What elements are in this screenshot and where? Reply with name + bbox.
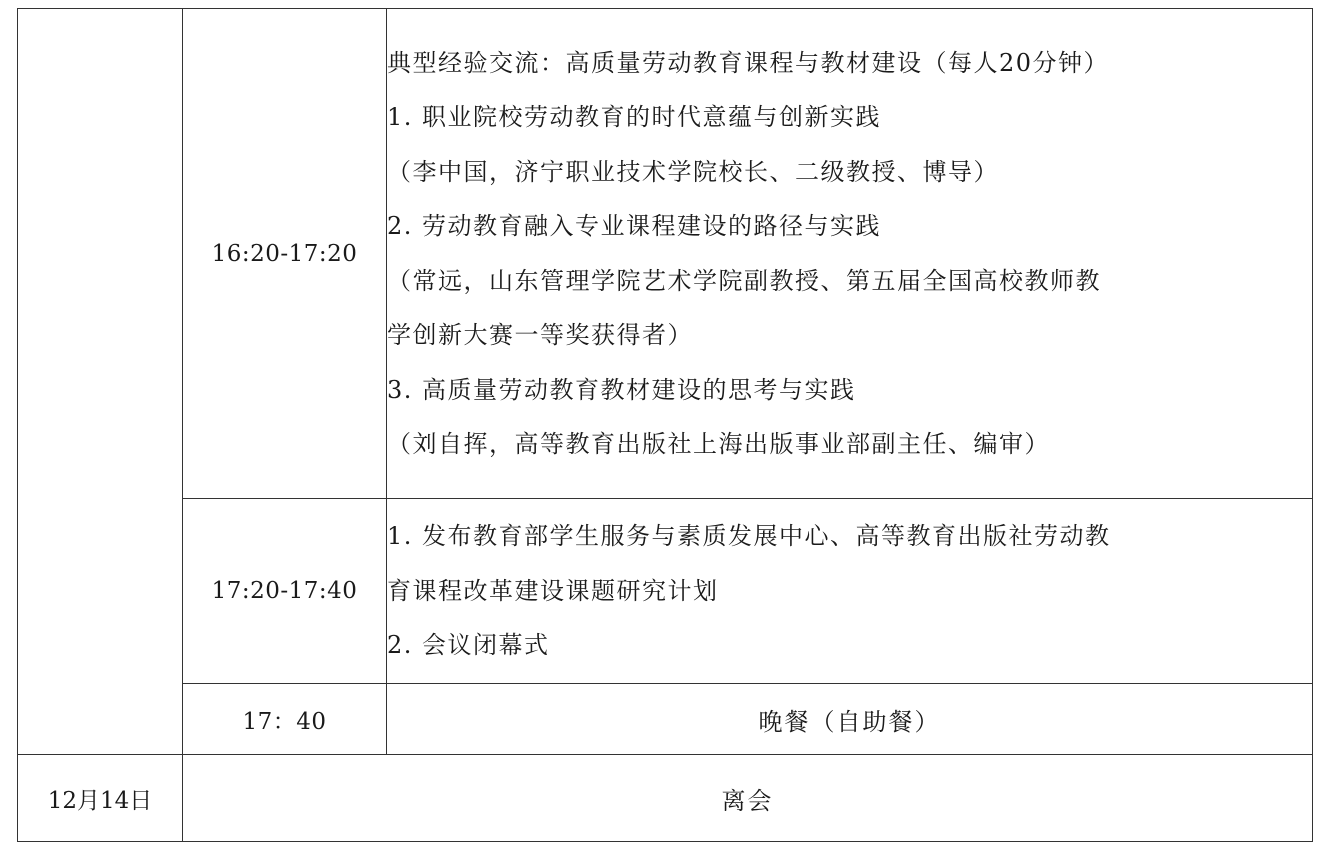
date-cell — [18, 9, 183, 755]
time-cell: 17:20-17:40 — [183, 499, 387, 684]
date-cell: 12月14日 — [18, 755, 183, 842]
speaker-info: （刘自挥，高等教育出版社上海出版事业部副主任、编审） — [387, 417, 1312, 472]
content-cell: 典型经验交流：高质量劳动教育课程与教材建设（每人20分钟） 1. 职业院校劳动教… — [387, 9, 1313, 499]
table-row: 17：40 晚餐（自助餐） — [18, 684, 1313, 755]
agenda-item: 2. 会议闭幕式 — [387, 618, 1312, 673]
speaker-info-cont: 学创新大赛一等奖获得者） — [387, 308, 1312, 363]
content-cell: 晚餐（自助餐） — [387, 684, 1313, 755]
content-cell: 1. 发布教育部学生服务与素质发展中心、高等教育出版社劳动教 育课程改革建设课题… — [387, 499, 1313, 684]
agenda-item-cont: 育课程改革建设课题研究计划 — [387, 564, 1312, 619]
table-row: 12月14日 离会 — [18, 755, 1313, 842]
agenda-item: 1. 发布教育部学生服务与素质发展中心、高等教育出版社劳动教 — [387, 509, 1312, 564]
talk-title: 3. 高质量劳动教育教材建设的思考与实践 — [387, 363, 1312, 418]
agenda-table: 16:20-17:20 典型经验交流：高质量劳动教育课程与教材建设（每人20分钟… — [17, 8, 1313, 842]
speaker-info: （李中国，济宁职业技术学院校长、二级教授、博导） — [387, 145, 1312, 200]
content-cell: 离会 — [183, 755, 1313, 842]
speaker-info: （常远，山东管理学院艺术学院副教授、第五届全国高校教师教 — [387, 254, 1312, 309]
session-heading: 典型经验交流：高质量劳动教育课程与教材建设（每人20分钟） — [387, 36, 1312, 91]
talk-title: 1. 职业院校劳动教育的时代意蕴与创新实践 — [387, 90, 1312, 145]
table-row: 17:20-17:40 1. 发布教育部学生服务与素质发展中心、高等教育出版社劳… — [18, 499, 1313, 684]
time-cell: 16:20-17:20 — [183, 9, 387, 499]
time-cell: 17：40 — [183, 684, 387, 755]
talk-title: 2. 劳动教育融入专业课程建设的路径与实践 — [387, 199, 1312, 254]
table-row: 16:20-17:20 典型经验交流：高质量劳动教育课程与教材建设（每人20分钟… — [18, 9, 1313, 499]
